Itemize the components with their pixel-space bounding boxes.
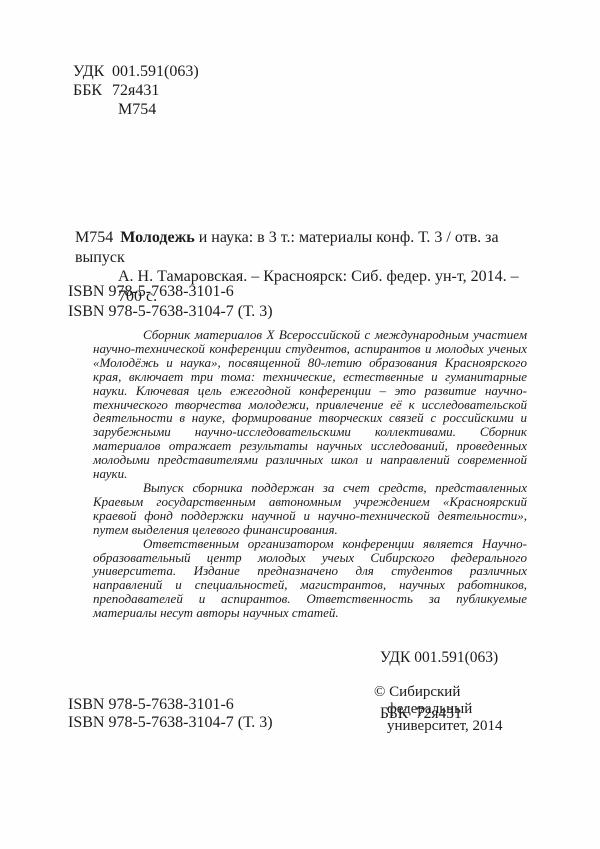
copyright-line1: © Сибирский <box>374 684 503 701</box>
isbn-bottom-line1: ISBN 978-5-7638-3101-6 <box>68 696 273 714</box>
annotation-paragraph-1: Сборник материалов X Всероссийской с меж… <box>93 328 527 481</box>
isbn-top-line1: ISBN 978-5-7638-3101-6 <box>68 282 273 302</box>
annotation: Сборник материалов X Всероссийской с меж… <box>93 328 527 620</box>
isbn-bottom-line2: ISBN 978-5-7638-3104-7 (Т. 3) <box>68 714 273 732</box>
annotation-paragraph-2: Выпуск сборника поддержан за счет средст… <box>93 481 527 537</box>
copyright-symbol: © <box>374 684 385 700</box>
copyright-holder-line3: университет, 2014 <box>387 718 503 735</box>
bbk-line: ББК 72я431 <box>73 81 199 100</box>
copyright-holder-line1: Сибирский <box>389 684 460 700</box>
udc-bottom-line: УДК 001.591(063) <box>380 649 498 668</box>
udc-line: УДК 001.591(063) <box>73 62 199 81</box>
bbk-value: 72я431 <box>112 82 159 99</box>
bib-title: Молодежь <box>120 229 194 246</box>
udc-value: 001.591(063) <box>112 63 199 80</box>
bbk-label: ББК <box>73 81 108 100</box>
book-imprint-page: УДК 001.591(063) ББК 72я431 М754 М754Мол… <box>0 0 600 849</box>
author-sign-line: М754 <box>73 100 199 119</box>
bib-author-sign: М754 <box>75 229 113 246</box>
isbn-top-line2: ISBN 978-5-7638-3104-7 (Т. 3) <box>68 302 273 322</box>
bibliographic-record-line1: М754Молодежь и наука: в 3 т.: материалы … <box>75 228 535 267</box>
copyright-holder-line2: федеральный <box>387 701 503 718</box>
isbn-block-top: ISBN 978-5-7638-3101-6 ISBN 978-5-7638-3… <box>68 282 273 321</box>
isbn-block-bottom: ISBN 978-5-7638-3101-6 ISBN 978-5-7638-3… <box>68 696 273 732</box>
classification-codes-top: УДК 001.591(063) ББК 72я431 М754 <box>73 62 199 119</box>
annotation-paragraph-3: Ответственным организатором конференции … <box>93 537 527 620</box>
copyright-block: © Сибирский федеральный университет, 201… <box>374 684 503 736</box>
author-sign: М754 <box>118 101 156 118</box>
udc-label: УДК <box>73 62 108 81</box>
